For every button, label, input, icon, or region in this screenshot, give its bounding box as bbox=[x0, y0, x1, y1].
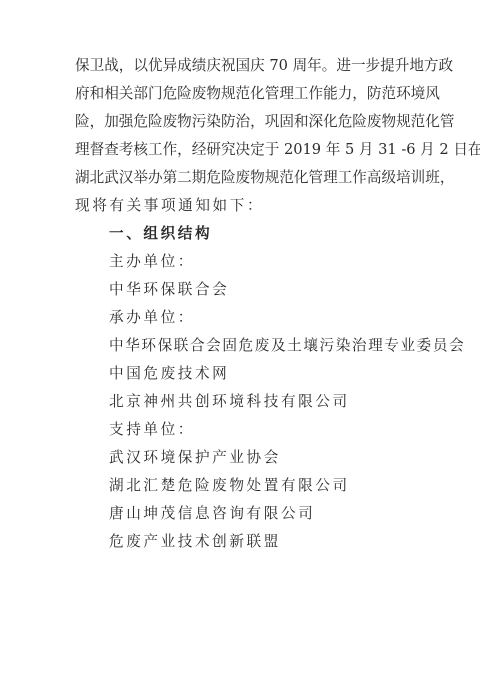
supporter-item: 湖北汇楚危险废物处置有限公司 bbox=[109, 472, 441, 500]
supporter-label: 支持单位： bbox=[109, 416, 441, 444]
organizer-item: 中华环保联合会固危废及土壤污染治理专业委员会 bbox=[109, 332, 409, 360]
supporter-item: 武汉环境保护产业协会 bbox=[109, 444, 441, 472]
paragraph-line: 理督查考核工作，经研究决定于 2019 年 5 月 31 -6 月 2 日在 bbox=[75, 136, 407, 164]
supporter-item: 危废产业技术创新联盟 bbox=[109, 528, 441, 556]
document-page: 保卫战，以优异成绩庆祝国庆 70 周年。进一步提升地方政 府和相关部门危险废物规… bbox=[0, 0, 480, 678]
organizer-label: 承办单位： bbox=[109, 304, 441, 332]
host-label: 主办单位： bbox=[109, 248, 441, 276]
paragraph-line: 府和相关部门危险废物规范化管理工作能力，防范环境风 bbox=[75, 80, 407, 108]
paragraph-line: 现将有关事项通知如下： bbox=[75, 192, 407, 220]
paragraph-line: 保卫战，以优异成绩庆祝国庆 70 周年。进一步提升地方政 bbox=[75, 52, 407, 80]
organizer-item: 北京神州共创环境科技有限公司 bbox=[109, 388, 441, 416]
organizer-item: 中国危废技术网 bbox=[109, 360, 441, 388]
supporter-item: 唐山坤茂信息咨询有限公司 bbox=[109, 500, 441, 528]
host-item: 中华环保联合会 bbox=[109, 276, 441, 304]
paragraph-line: 湖北武汉举办第二期危险废物规范化管理工作高级培训班， bbox=[75, 164, 407, 192]
section-heading-organization: 一、组织结构 bbox=[109, 220, 441, 248]
paragraph-line: 险，加强危险废物污染防治，巩固和深化危险废物规范化管 bbox=[75, 108, 407, 136]
